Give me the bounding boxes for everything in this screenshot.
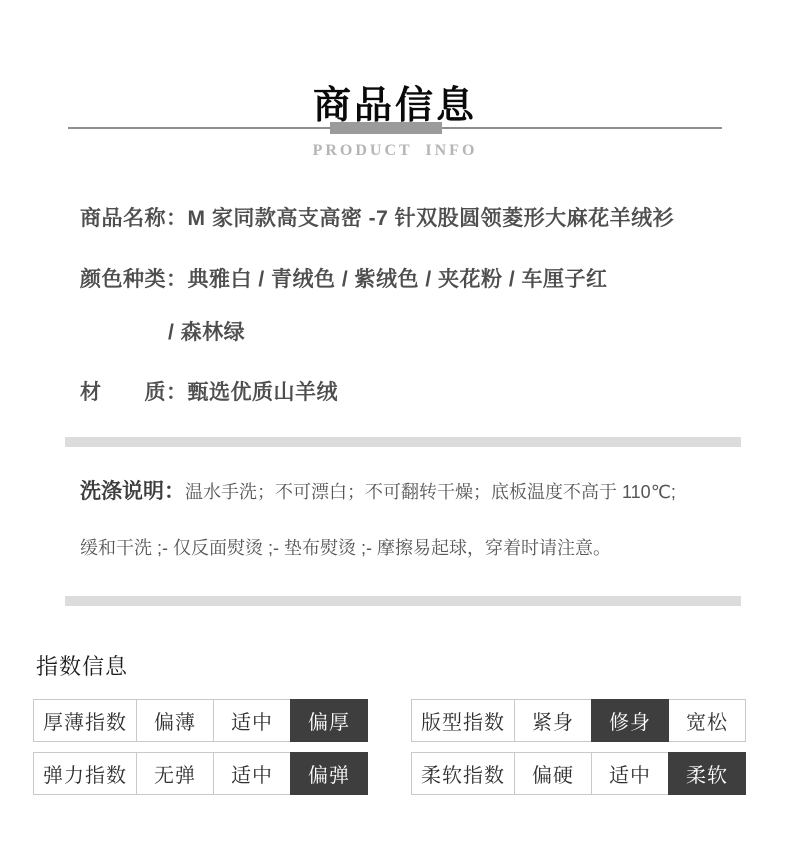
index-table-option-cell: 偏薄 [136,699,214,742]
index-table-option-cell-selected: 修身 [591,699,669,742]
product-name-value: M 家同款高支高密 -7 针双股圆领菱形大麻花羊绒衫 [188,207,675,230]
index-table-row-elasticity: 弹力指数 无弹 适中 偏弹 [33,752,368,795]
color-types-label: 颜色种类： [80,268,188,291]
wash-instructions-label: 洗涤说明： [80,480,185,503]
section-divider-bar [65,596,741,606]
index-table-option-cell-selected: 柔软 [668,752,746,795]
index-table-option-cell: 紧身 [514,699,592,742]
header-divider [0,120,790,136]
index-table-option-cell: 适中 [591,752,669,795]
index-table-label-cell: 弹力指数 [33,752,137,795]
material-line: 材 质：甄选优质山羊绒 [80,376,338,406]
color-types-line: 颜色种类：典雅白 / 青绒色 / 紫绒色 / 夹花粉 / 车厘子红 [80,263,608,293]
product-info-page: 商品信息 PRODUCT INFO 商品名称：M 家同款高支高密 -7 针双股圆… [0,0,790,851]
wash-instructions-line-2: 缓和干洗 ;- 仅反面熨烫 ;- 垫布熨烫 ;- 摩擦易起球，穿着时请注意。 [80,534,611,560]
color-types-value-2: / 森林绿 [168,321,245,344]
index-table-label-cell: 柔软指数 [411,752,515,795]
index-table-row-thickness: 厚薄指数 偏薄 适中 偏厚 [33,699,368,742]
index-table-option-cell: 无弹 [136,752,214,795]
index-table-label-cell: 厚薄指数 [33,699,137,742]
page-subtitle: PRODUCT INFO [0,142,790,160]
color-types-value: 典雅白 / 青绒色 / 紫绒色 / 夹花粉 / 车厘子红 [188,268,608,291]
wash-instructions-text-2: 缓和干洗 ;- 仅反面熨烫 ;- 垫布熨烫 ;- 摩擦易起球，穿着时请注意。 [80,538,611,558]
divider-center-bar [330,122,442,134]
product-name-line: 商品名称：M 家同款高支高密 -7 针双股圆领菱形大麻花羊绒衫 [80,202,674,232]
index-table-option-cell-selected: 偏弹 [290,752,368,795]
product-name-label: 商品名称： [80,207,188,230]
index-table-row-fit: 版型指数 紧身 修身 宽松 [411,699,746,742]
index-table-label-cell: 版型指数 [411,699,515,742]
wash-instructions-line-1: 洗涤说明：温水手洗；不可漂白；不可翻转干燥；底板温度不高于 110℃; [80,475,676,505]
index-table-option-cell: 适中 [213,699,291,742]
index-table-option-cell: 偏硬 [514,752,592,795]
index-table-row-softness: 柔软指数 偏硬 适中 柔软 [411,752,746,795]
index-section-title: 指数信息 [36,650,128,681]
wash-instructions-text-1: 温水手洗；不可漂白；不可翻转干燥；底板温度不高于 110℃; [185,482,676,502]
index-table-option-cell: 适中 [213,752,291,795]
index-table-option-cell-selected: 偏厚 [290,699,368,742]
section-divider-bar [65,437,741,447]
color-types-line-2: / 森林绿 [168,316,245,346]
material-value: 甄选优质山羊绒 [188,381,339,404]
material-label: 材 质： [80,381,188,404]
index-table-option-cell: 宽松 [668,699,746,742]
